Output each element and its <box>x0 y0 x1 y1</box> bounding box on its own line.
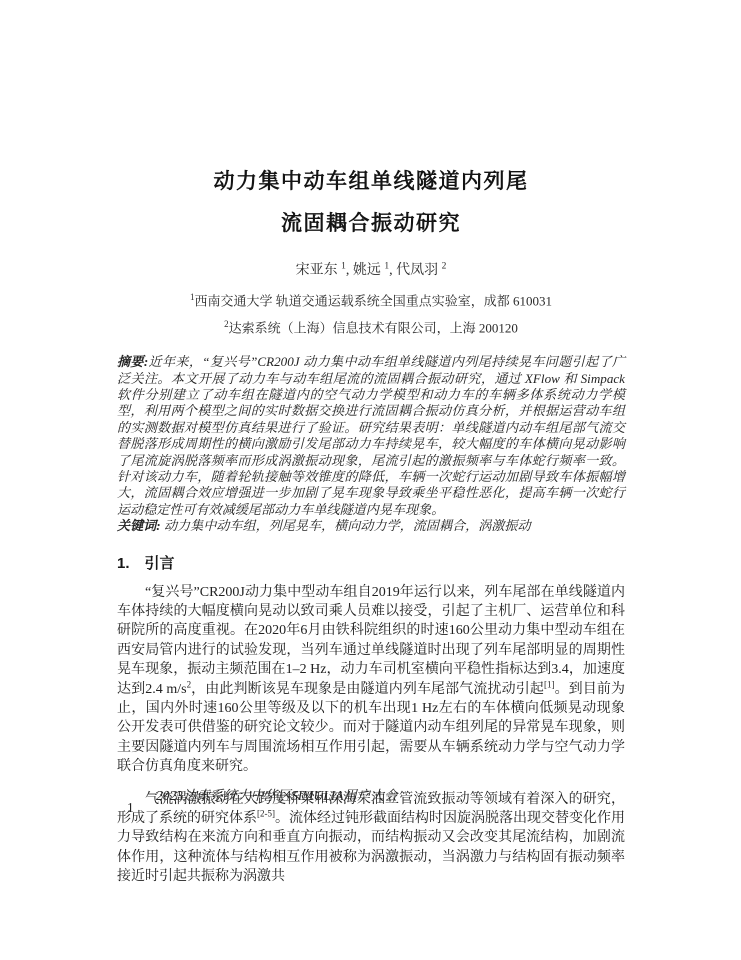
author-list: 宋亚东 1, 姚远 1, 代凤羽 2 <box>117 259 625 279</box>
keywords-text: 动力集中动车组，列尾晃车，横向动力学，流固耦合，涡激振动 <box>164 518 531 533</box>
author-3: 代凤羽 2 <box>396 263 446 278</box>
paper-title: 动力集中动车组单线隧道内列尾 流固耦合振动研究 <box>117 171 625 234</box>
section-1-heading: 1.引言 <box>117 552 625 573</box>
author-3-affmark: 2 <box>442 262 447 272</box>
author-2-name: 姚远 <box>353 263 381 278</box>
paper-content: 动力集中动车组单线隧道内列尾 流固耦合振动研究 宋亚东 1, 姚远 1, 代凤羽… <box>117 150 625 887</box>
abstract-paragraph: 摘要:近年来，“复兴号”CR200J 动力集中动车组单线隧道内列尾持续晃车问题引… <box>117 354 625 518</box>
section-1-title: 引言 <box>145 555 175 572</box>
abstract-section: 摘要:近年来，“复兴号”CR200J 动力集中动车组单线隧道内列尾持续晃车问题引… <box>117 354 625 534</box>
intro-paragraph-1: “复兴号”CR200J动力集中型动车组自2019年运行以来，列车尾部在单线隧道内… <box>117 583 625 777</box>
abstract-label: 摘要: <box>117 354 148 369</box>
paper-title-line-2: 流固耦合振动研究 <box>117 213 625 234</box>
conference-footer: 2023达索系统大中华区SIMULIA用户大会 <box>156 784 398 804</box>
author-1-name: 宋亚东 <box>296 263 338 278</box>
intro-paragraph-2: 气流涡激振动在大跨度桥梁和深海采油立管流致振动等领域有着深入的研究，形成了系统的… <box>117 790 625 887</box>
section-1-number: 1. <box>117 555 130 572</box>
affiliation-2: 2达索系统（上海）信息技术有限公司，上海 200120 <box>117 313 625 339</box>
paper-page: { "doc": { "title": { "line1": "动力集中动车组单… <box>0 0 741 960</box>
author-2: 姚远 1, <box>353 263 396 278</box>
affiliation-1: 1西南交通大学 轨道交通运载系统全国重点实验室，成都 610031 <box>117 286 625 312</box>
affiliation-1-text: 西南交通大学 轨道交通运载系统全国重点实验室，成都 610031 <box>194 294 552 309</box>
author-3-name: 代凤羽 <box>396 263 438 278</box>
paper-title-line-1: 动力集中动车组单线隧道内列尾 <box>117 171 625 192</box>
keywords-label: 关键词: <box>117 518 161 533</box>
page-number: 1 <box>127 800 134 816</box>
keywords-line: 关键词: 动力集中动车组，列尾晃车，横向动力学，流固耦合，涡激振动 <box>117 518 625 534</box>
abstract-text: 近年来，“复兴号”CR200J 动力集中动车组单线隧道内列尾持续晃车问题引起了广… <box>117 354 625 517</box>
affiliation-2-text: 达索系统（上海）信息技术有限公司，上海 200120 <box>229 320 518 335</box>
affiliation-list: 1西南交通大学 轨道交通运载系统全国重点实验室，成都 610031 2达索系统（… <box>117 286 625 339</box>
author-1-separator: , <box>346 263 353 278</box>
author-1: 宋亚东 1, <box>296 263 353 278</box>
